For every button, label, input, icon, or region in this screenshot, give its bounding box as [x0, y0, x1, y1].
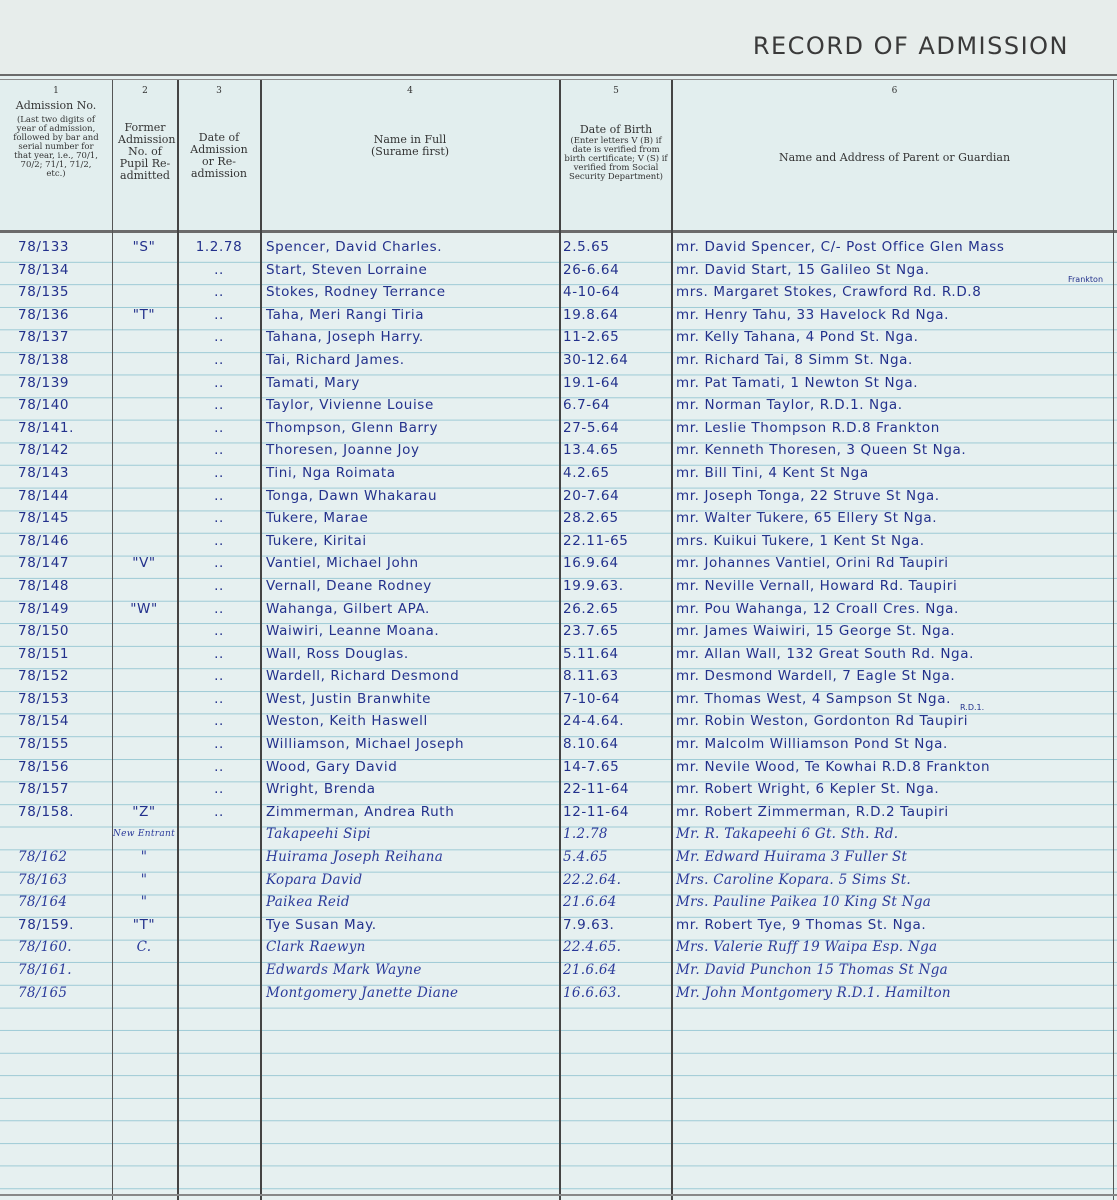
admission-number: 78/139: [18, 372, 113, 394]
former-admission-number: "S": [112, 236, 176, 258]
pupil-name: Wahanga, Gilbert APA.: [266, 598, 556, 620]
former-admission-number: [112, 643, 176, 665]
pupil-name: Spencer, David Charles.: [266, 236, 556, 258]
pupil-name: Weston, Keith Haswell: [266, 710, 556, 732]
date-of-admission: [178, 959, 260, 981]
column-subtitle: (Enter letters V (B) if date is verified…: [560, 137, 672, 182]
pupil-name: Tamati, Mary: [266, 372, 556, 394]
date-of-birth: 23.7.65: [563, 620, 671, 642]
former-admission-number: [112, 733, 176, 755]
former-admission-number: [112, 959, 176, 981]
date-of-admission: [178, 891, 260, 913]
former-admission-number: [112, 688, 176, 710]
date-of-admission: [178, 914, 260, 936]
pupil-name: Stokes, Rodney Terrance: [266, 281, 556, 303]
former-admission-number: [112, 372, 176, 394]
parent-guardian: mr. Joseph Tonga, 22 Struve St Nga.: [676, 485, 1116, 507]
date-of-birth: 4-10-64: [563, 281, 671, 303]
parent-guardian: mr. Walter Tukere, 65 Ellery St Nga.: [676, 507, 1116, 529]
admission-number: 78/146: [18, 530, 113, 552]
date-of-admission: ..: [178, 462, 260, 484]
parent-guardian: mr. Robin Weston, Gordonton Rd Taupiri: [676, 710, 1116, 732]
table-row: 78/149"W"..Wahanga, Gilbert APA.26.2.65m…: [0, 598, 1117, 621]
admission-number: 78/137: [18, 326, 113, 348]
pupil-name: Takapeehi Sipi: [266, 823, 556, 845]
date-of-admission: ..: [178, 778, 260, 800]
parent-guardian: mr. Henry Tahu, 33 Havelock Rd Nga.: [676, 304, 1116, 326]
pupil-name: Tonga, Dawn Whakarau: [266, 485, 556, 507]
pupil-name: Edwards Mark Wayne: [266, 959, 556, 981]
parent-guardian: Mr. David Punchon 15 Thomas St Nga: [676, 959, 1116, 981]
column-header-date-of-birth: 5 Date of Birth (Enter letters V (B) if …: [560, 80, 672, 230]
parent-guardian: mr. Kelly Tahana, 4 Pond St. Nga.: [676, 326, 1116, 348]
admission-number: 78/159.: [18, 914, 113, 936]
date-of-birth: 11-2.65: [563, 326, 671, 348]
pupil-name: West, Justin Branwhite: [266, 688, 556, 710]
former-admission-number: [112, 756, 176, 778]
admission-number: 78/142: [18, 439, 113, 461]
table-row: 78/148..Vernall, Deane Rodney19.9.63.mr.…: [0, 575, 1117, 598]
former-admission-number: "T": [112, 914, 176, 936]
table-row: 78/133"S"1.2.78Spencer, David Charles.2.…: [0, 236, 1117, 259]
date-of-birth: 24-4.64.: [563, 710, 671, 732]
former-admission-number: [112, 259, 176, 281]
former-admission-number: [112, 778, 176, 800]
parent-guardian: mr. Nevile Wood, Te Kowhai R.D.8 Frankto…: [676, 756, 1116, 778]
column-number: 4: [260, 86, 560, 96]
top-rule: [0, 74, 1117, 76]
column-number: 6: [672, 86, 1117, 96]
parent-guardian: mr. David Spencer, C/- Post Office Glen …: [676, 236, 1116, 258]
pupil-name: Vantiel, Michael John: [266, 552, 556, 574]
admission-number: 78/145: [18, 507, 113, 529]
parent-guardian: Mr. Edward Huirama 3 Fuller St: [676, 846, 1116, 868]
date-of-admission: ..: [178, 439, 260, 461]
former-admission-number: [112, 462, 176, 484]
date-of-birth: 5.11.64: [563, 643, 671, 665]
parent-guardian: mr. Robert Zimmerman, R.D.2 Taupiri: [676, 801, 1116, 823]
table-row: 78/134..Start, Steven Lorraine26-6.64mr.…: [0, 259, 1117, 282]
admission-number: 78/140: [18, 394, 113, 416]
date-of-birth: 21.6.64: [563, 891, 671, 913]
column-title: Former Admission No. of Pupil Re-admitte…: [112, 122, 178, 182]
table-row: 78/151..Wall, Ross Douglas.5.11.64mr. Al…: [0, 643, 1117, 666]
table-row: 78/139..Tamati, Mary19.1-64mr. Pat Tamat…: [0, 372, 1117, 395]
admission-number: 78/154: [18, 710, 113, 732]
column-header-parent-guardian: 6 Name and Address of Parent or Guardian: [672, 80, 1117, 230]
admission-number: 78/144: [18, 485, 113, 507]
column-number: 1: [0, 86, 112, 96]
pupil-name: Taylor, Vivienne Louise: [266, 394, 556, 416]
pupil-name: Vernall, Deane Rodney: [266, 575, 556, 597]
table-row: 78/136"T"..Taha, Meri Rangi Tiria19.8.64…: [0, 304, 1117, 327]
admission-number: 78/156: [18, 756, 113, 778]
date-of-birth: 22.2.64.: [563, 869, 671, 891]
admission-number: 78/164: [18, 891, 113, 913]
admission-number: 78/153: [18, 688, 113, 710]
date-of-birth: 26-6.64: [563, 259, 671, 281]
former-admission-number: ": [112, 869, 176, 891]
table-row: 78/153..West, Justin Branwhite7-10-64mr.…: [0, 688, 1117, 711]
date-of-admission: ..: [178, 643, 260, 665]
admission-number: 78/158.: [18, 801, 113, 823]
admission-number: 78/147: [18, 552, 113, 574]
date-of-admission: ..: [178, 710, 260, 732]
date-of-admission: ..: [178, 417, 260, 439]
former-admission-number: [112, 281, 176, 303]
table-row: 78/161.Edwards Mark Wayne21.6.64Mr. Davi…: [0, 959, 1117, 982]
former-admission-number: New Entrant: [112, 823, 176, 845]
date-of-birth: 21.6.64: [563, 959, 671, 981]
date-of-birth: 2.5.65: [563, 236, 671, 258]
parent-guardian: mr. Leslie Thompson R.D.8 Frankton: [676, 417, 1116, 439]
table-row: 78/165Montgomery Janette Diane16.6.63.Mr…: [0, 982, 1117, 1005]
table-row: 78/159."T"Tye Susan May.7.9.63.mr. Rober…: [0, 914, 1117, 937]
date-of-admission: ..: [178, 281, 260, 303]
date-of-admission: [178, 982, 260, 1004]
admission-number: 78/151: [18, 643, 113, 665]
former-admission-number: [112, 439, 176, 461]
date-of-admission: ..: [178, 326, 260, 348]
admission-number: 78/135: [18, 281, 113, 303]
table-row: 78/162"Huirama Joseph Reihana5.4.65Mr. E…: [0, 846, 1117, 869]
admission-number: 78/155: [18, 733, 113, 755]
bottom-rule: [0, 1194, 1117, 1196]
date-of-birth: 30-12.64: [563, 349, 671, 371]
date-of-admission: [178, 823, 260, 845]
admission-table-body: 78/133"S"1.2.78Spencer, David Charles.2.…: [0, 236, 1117, 1004]
table-row: 78/135..Stokes, Rodney Terrance4-10-64mr…: [0, 281, 1117, 304]
admission-number: 78/150: [18, 620, 113, 642]
date-of-birth: 22-11-64: [563, 778, 671, 800]
date-of-admission: ..: [178, 598, 260, 620]
parent-guardian: mrs. Margaret Stokes, Crawford Rd. R.D.8: [676, 281, 1116, 303]
former-admission-number: [112, 417, 176, 439]
date-of-admission: ..: [178, 394, 260, 416]
pupil-name: Start, Steven Lorraine: [266, 259, 556, 281]
parent-guardian: mr. Neville Vernall, Howard Rd. Taupiri: [676, 575, 1116, 597]
table-row: 78/143..Tini, Nga Roimata4.2.65mr. Bill …: [0, 462, 1117, 485]
date-of-birth: 22.4.65.: [563, 936, 671, 958]
date-of-birth: 7.9.63.: [563, 914, 671, 936]
date-of-birth: 14-7.65: [563, 756, 671, 778]
pupil-name: Thompson, Glenn Barry: [266, 417, 556, 439]
date-of-birth: 27-5.64: [563, 417, 671, 439]
pupil-name: Tai, Richard James.: [266, 349, 556, 371]
date-of-birth: 4.2.65: [563, 462, 671, 484]
former-admission-number: [112, 394, 176, 416]
date-of-admission: ..: [178, 620, 260, 642]
table-row: 78/144..Tonga, Dawn Whakarau20-7.64mr. J…: [0, 485, 1117, 508]
admission-number: 78/160.: [18, 936, 113, 958]
parent-guardian: mrs. Kuikui Tukere, 1 Kent St Nga.: [676, 530, 1116, 552]
column-number: 3: [178, 86, 260, 96]
admission-number: 78/148: [18, 575, 113, 597]
date-of-birth: 22.11-65: [563, 530, 671, 552]
admission-number: 78/165: [18, 982, 113, 1004]
date-of-birth: 26.2.65: [563, 598, 671, 620]
admission-number: 78/134: [18, 259, 113, 281]
column-title: Name and Address of Parent or Guardian: [672, 152, 1117, 164]
pupil-name: Wall, Ross Douglas.: [266, 643, 556, 665]
parent-guardian: mr. David Start, 15 Galileo St Nga.: [676, 259, 1116, 281]
parent-guardian: mr. Malcolm Williamson Pond St Nga.: [676, 733, 1116, 755]
pupil-name: Montgomery Janette Diane: [266, 982, 556, 1004]
date-of-admission: ..: [178, 756, 260, 778]
table-row: 78/158."Z"..Zimmerman, Andrea Ruth12-11-…: [0, 801, 1117, 824]
former-admission-number: [112, 710, 176, 732]
pupil-name: Huirama Joseph Reihana: [266, 846, 556, 868]
parent-guardian: Mrs. Valerie Ruff 19 Waipa Esp. Nga: [676, 936, 1116, 958]
date-of-admission: ..: [178, 372, 260, 394]
pupil-name: Tye Susan May.: [266, 914, 556, 936]
date-of-birth: 6.7-64: [563, 394, 671, 416]
title-band: RECORD OF ADMISSION: [0, 0, 1117, 74]
parent-guardian: mr. Desmond Wardell, 7 Eagle St Nga.: [676, 665, 1116, 687]
former-admission-number: C.: [112, 936, 176, 958]
former-admission-number: [112, 530, 176, 552]
table-row: 78/138..Tai, Richard James.30-12.64mr. R…: [0, 349, 1117, 372]
date-of-birth: 16.6.63.: [563, 982, 671, 1004]
admission-number: 78/136: [18, 304, 113, 326]
former-admission-number: "T": [112, 304, 176, 326]
parent-guardian: mr. Pat Tamati, 1 Newton St Nga.: [676, 372, 1116, 394]
parent-guardian: mr. James Waiwiri, 15 George St. Nga.: [676, 620, 1116, 642]
column-title: Admission No.: [0, 100, 112, 112]
pupil-name: Waiwiri, Leanne Moana.: [266, 620, 556, 642]
table-row: 78/141...Thompson, Glenn Barry27-5.64mr.…: [0, 417, 1117, 440]
pupil-name: Thoresen, Joanne Joy: [266, 439, 556, 461]
date-of-admission: ..: [178, 665, 260, 687]
column-title: Date of Birth: [560, 124, 672, 136]
pupil-name: Wardell, Richard Desmond: [266, 665, 556, 687]
table-row: 78/140..Taylor, Vivienne Louise6.7-64mr.…: [0, 394, 1117, 417]
admission-number: 78/163: [18, 869, 113, 891]
date-of-birth: 19.9.63.: [563, 575, 671, 597]
pupil-name: Kopara David: [266, 869, 556, 891]
column-header-name-in-full: 4 Name in Full (Surame first): [260, 80, 560, 230]
pupil-name: Clark Raewyn: [266, 936, 556, 958]
former-admission-number: [112, 349, 176, 371]
parent-guardian: mr. Thomas West, 4 Sampson St Nga.: [676, 688, 1116, 710]
column-subtitle: (Surame first): [260, 146, 560, 158]
admission-number: 78/152: [18, 665, 113, 687]
parent-guardian: mr. Pou Wahanga, 12 Croall Cres. Nga.: [676, 598, 1116, 620]
date-of-admission: ..: [178, 552, 260, 574]
table-row: 78/146..Tukere, Kiritai22.11-65mrs. Kuik…: [0, 530, 1117, 553]
date-of-birth: 19.1-64: [563, 372, 671, 394]
table-row: 78/155..Williamson, Michael Joseph8.10.6…: [0, 733, 1117, 756]
date-of-birth: 13.4.65: [563, 439, 671, 461]
date-of-admission: ..: [178, 304, 260, 326]
parent-guardian: Mrs. Pauline Paikea 10 King St Nga: [676, 891, 1116, 913]
date-of-admission: ..: [178, 530, 260, 552]
parent-guardian: mr. Norman Taylor, R.D.1. Nga.: [676, 394, 1116, 416]
date-of-admission: ..: [178, 733, 260, 755]
table-row: 78/147"V"..Vantiel, Michael John16.9.64m…: [0, 552, 1117, 575]
admission-number: 78/162: [18, 846, 113, 868]
table-row: 78/152..Wardell, Richard Desmond8.11.63m…: [0, 665, 1117, 688]
former-admission-number: "Z": [112, 801, 176, 823]
column-subtitle: (Last two digits of year of admission, f…: [0, 116, 112, 179]
table-row: 78/145..Tukere, Marae28.2.65mr. Walter T…: [0, 507, 1117, 530]
parent-guardian: Mr. John Montgomery R.D.1. Hamilton: [676, 982, 1116, 1004]
date-of-birth: 1.2.78: [563, 823, 671, 845]
parent-guardian: Mrs. Caroline Kopara. 5 Sims St.: [676, 869, 1116, 891]
date-of-admission: ..: [178, 507, 260, 529]
admission-number: 78/157: [18, 778, 113, 800]
admission-number: 78/149: [18, 598, 113, 620]
table-row: 78/142..Thoresen, Joanne Joy13.4.65mr. K…: [0, 439, 1117, 462]
former-admission-number: [112, 620, 176, 642]
pupil-name: Tahana, Joseph Harry.: [266, 326, 556, 348]
column-header-former-admission: 2 Former Admission No. of Pupil Re-admit…: [112, 80, 178, 230]
column-number: 2: [112, 86, 178, 96]
date-of-admission: ..: [178, 688, 260, 710]
table-row: 78/150..Waiwiri, Leanne Moana.23.7.65mr.…: [0, 620, 1117, 643]
admission-number: 78/138: [18, 349, 113, 371]
date-of-admission: 1.2.78: [178, 236, 260, 258]
pupil-name: Wood, Gary David: [266, 756, 556, 778]
former-admission-number: "W": [112, 598, 176, 620]
table-row: 78/157..Wright, Brenda22-11-64mr. Robert…: [0, 778, 1117, 801]
date-of-admission: ..: [178, 349, 260, 371]
date-of-admission: ..: [178, 575, 260, 597]
pupil-name: Taha, Meri Rangi Tiria: [266, 304, 556, 326]
parent-guardian: mr. Kenneth Thoresen, 3 Queen St Nga.: [676, 439, 1116, 461]
admission-number: [18, 823, 113, 845]
table-row: 78/154..Weston, Keith Haswell24-4.64.mr.…: [0, 710, 1117, 733]
admission-register-page: RECORD OF ADMISSION 1 Admission No. (Las…: [0, 0, 1117, 1200]
former-admission-number: [112, 665, 176, 687]
table-row: 78/163"Kopara David22.2.64.Mrs. Caroline…: [0, 869, 1117, 892]
pupil-name: Tini, Nga Roimata: [266, 462, 556, 484]
table-row: 78/160.C.Clark Raewyn22.4.65.Mrs. Valeri…: [0, 936, 1117, 959]
former-admission-number: [112, 326, 176, 348]
date-of-birth: 7-10-64: [563, 688, 671, 710]
parent-guardian: mr. Allan Wall, 132 Great South Rd. Nga.: [676, 643, 1116, 665]
table-row: New EntrantTakapeehi Sipi1.2.78Mr. R. Ta…: [0, 823, 1117, 846]
admission-number: 78/143: [18, 462, 113, 484]
date-of-birth: 8.11.63: [563, 665, 671, 687]
pupil-name: Paikea Reid: [266, 891, 556, 913]
date-of-birth: 12-11-64: [563, 801, 671, 823]
former-admission-number: [112, 485, 176, 507]
pupil-name: Williamson, Michael Joseph: [266, 733, 556, 755]
column-header-date-of-admission: 3 Date of Admission or Re-admission: [178, 80, 260, 230]
admission-number: 78/141.: [18, 417, 113, 439]
date-of-admission: ..: [178, 801, 260, 823]
page-title: RECORD OF ADMISSION: [753, 32, 1069, 60]
table-row: 78/156..Wood, Gary David14-7.65mr. Nevil…: [0, 756, 1117, 779]
former-admission-number: [112, 575, 176, 597]
parent-guardian: mr. Johannes Vantiel, Orini Rd Taupiri: [676, 552, 1116, 574]
date-of-birth: 16.9.64: [563, 552, 671, 574]
column-title: Date of Admission or Re-admission: [178, 132, 260, 180]
date-of-admission: ..: [178, 485, 260, 507]
date-of-birth: 19.8.64: [563, 304, 671, 326]
parent-guardian: Mr. R. Takapeehi 6 Gt. Sth. Rd.: [676, 823, 1116, 845]
column-number: 5: [560, 86, 672, 96]
date-of-admission: [178, 869, 260, 891]
former-admission-number: [112, 982, 176, 1004]
date-of-birth: 28.2.65: [563, 507, 671, 529]
date-of-birth: 5.4.65: [563, 846, 671, 868]
former-admission-number: [112, 507, 176, 529]
parent-guardian: mr. Bill Tini, 4 Kent St Nga: [676, 462, 1116, 484]
pupil-name: Tukere, Marae: [266, 507, 556, 529]
parent-guardian: mr. Robert Tye, 9 Thomas St. Nga.: [676, 914, 1116, 936]
date-of-admission: [178, 936, 260, 958]
parent-guardian: mr. Richard Tai, 8 Simm St. Nga.: [676, 349, 1116, 371]
pupil-name: Zimmerman, Andrea Ruth: [266, 801, 556, 823]
table-row: 78/164"Paikea Reid21.6.64Mrs. Pauline Pa…: [0, 891, 1117, 914]
date-of-birth: 8.10.64: [563, 733, 671, 755]
date-of-admission: [178, 846, 260, 868]
parent-guardian: mr. Robert Wright, 6 Kepler St. Nga.: [676, 778, 1116, 800]
admission-number: 78/161.: [18, 959, 113, 981]
pupil-name: Tukere, Kiritai: [266, 530, 556, 552]
former-admission-number: ": [112, 846, 176, 868]
pupil-name: Wright, Brenda: [266, 778, 556, 800]
former-admission-number: "V": [112, 552, 176, 574]
date-of-birth: 20-7.64: [563, 485, 671, 507]
table-row: 78/137..Tahana, Joseph Harry.11-2.65mr. …: [0, 326, 1117, 349]
former-admission-number: ": [112, 891, 176, 913]
date-of-admission: ..: [178, 259, 260, 281]
column-header-admission-no: 1 Admission No. (Last two digits of year…: [0, 80, 112, 230]
admission-number: 78/133: [18, 236, 113, 258]
